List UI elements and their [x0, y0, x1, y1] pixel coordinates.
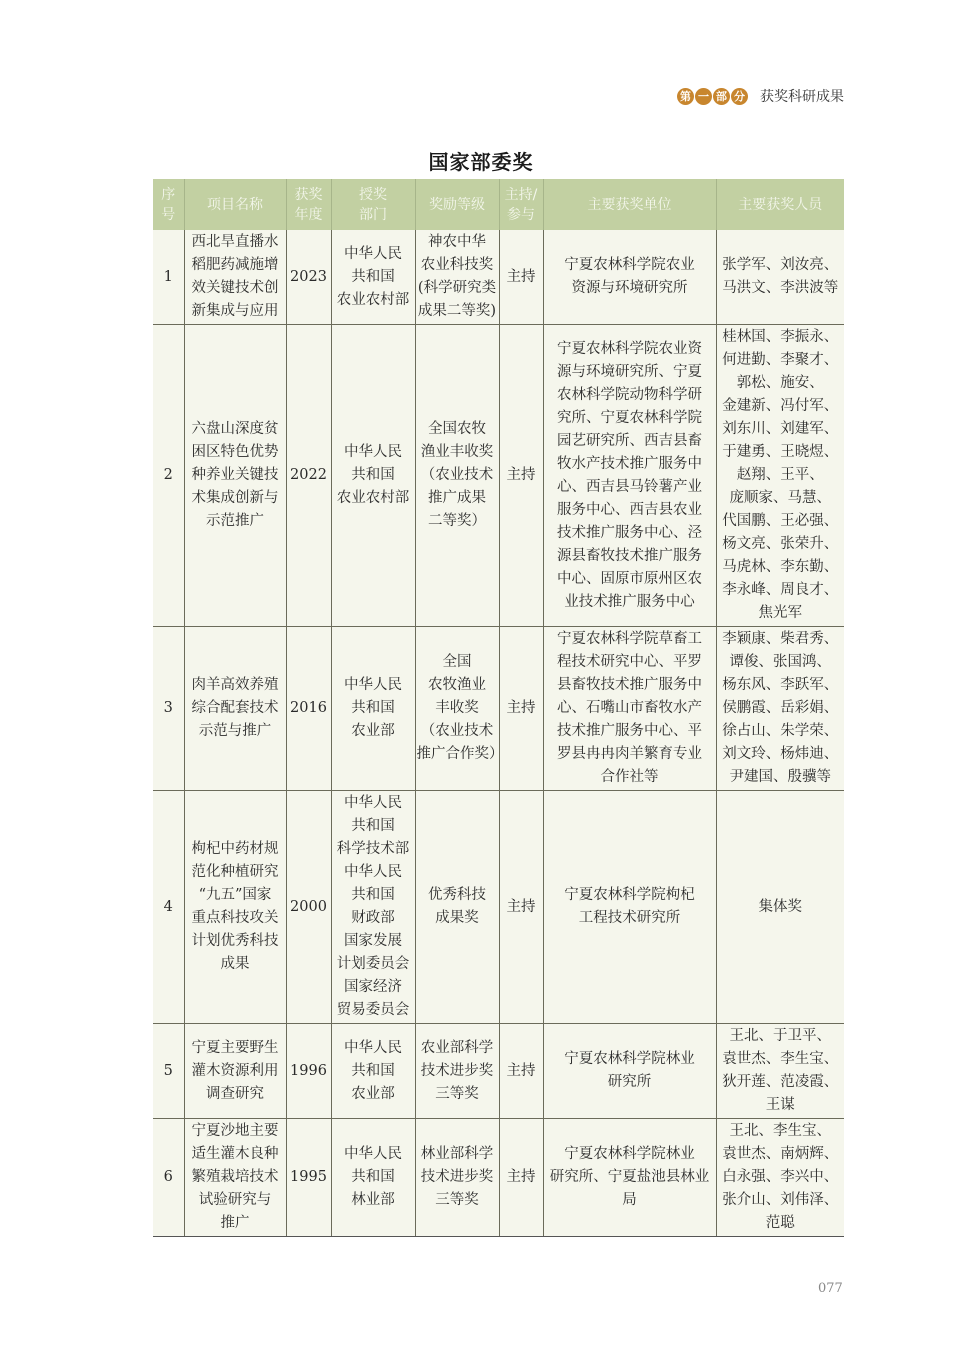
- col-header-project: 项目名称: [184, 179, 286, 230]
- cell-units: 宁夏农林科学院枸杞 工程技术研究所: [543, 791, 716, 1024]
- cell-units: 宁夏农林科学院林业 研究所、宁夏盐池县林业局: [543, 1119, 716, 1237]
- cell-people: 李颖康、柴君秀、 谭俊、张国鸿、 杨东风、李跃军、 侯鹏霞、岳彩娟、 徐占山、朱…: [716, 627, 844, 791]
- cell-project: 肉羊高效养殖 综合配套技术 示范与推广: [184, 627, 286, 791]
- col-header-level: 奖励等级: [415, 179, 499, 230]
- table-row: 6宁夏沙地主要 适生灌木良种 繁殖栽培技术 试验研究与 推广1995中华人民 共…: [153, 1119, 844, 1237]
- cell-project: 宁夏主要野生 灌木资源利用 调查研究: [184, 1024, 286, 1119]
- part-badge-char: 部: [713, 88, 730, 105]
- cell-year: 2000: [286, 791, 331, 1024]
- col-header-units: 主要获奖单位: [543, 179, 716, 230]
- cell-level: 林业部科学 技术进步奖 三等奖: [415, 1119, 499, 1237]
- cell-department: 中华人民 共和国 农业农村部: [331, 230, 415, 325]
- cell-role: 主持: [499, 1119, 543, 1237]
- cell-department: 中华人民 共和国 科学技术部 中华人民 共和国 财政部 国家发展 计划委员会 国…: [331, 791, 415, 1024]
- col-header-year: 获奖 年度: [286, 179, 331, 230]
- cell-role: 主持: [499, 325, 543, 627]
- col-header-department: 授奖 部门: [331, 179, 415, 230]
- cell-people: 张学军、刘汝亮、 马洪文、李洪波等: [716, 230, 844, 325]
- cell-units: 宁夏农林科学院草畜工 程技术研究中心、平罗 县畜牧技术推广服务中 心、石嘴山市畜…: [543, 627, 716, 791]
- table-row: 2六盘山深度贫 困区特色优势 种养业关键技 术集成创新与 示范推广2022中华人…: [153, 325, 844, 627]
- part-badge-char: 第: [677, 88, 694, 105]
- cell-role: 主持: [499, 791, 543, 1024]
- cell-year: 2023: [286, 230, 331, 325]
- cell-no: 3: [153, 627, 184, 791]
- cell-no: 5: [153, 1024, 184, 1119]
- cell-level: 农业部科学 技术进步奖 三等奖: [415, 1024, 499, 1119]
- cell-units: 宁夏农林科学院林业 研究所: [543, 1024, 716, 1119]
- cell-people: 集体奖: [716, 791, 844, 1024]
- table-row: 1西北旱直播水 稻肥药减施增 效关键技术创 新集成与应用2023中华人民 共和国…: [153, 230, 844, 325]
- cell-role: 主持: [499, 230, 543, 325]
- table-header-row: 序 号 项目名称 获奖 年度 授奖 部门 奖励等级 主持/ 参与 主要获奖单位 …: [153, 179, 844, 230]
- cell-no: 2: [153, 325, 184, 627]
- cell-level: 全国 农牧渔业 丰收奖 （农业技术 推广合作奖）: [415, 627, 499, 791]
- cell-people: 王北、于卫平、 袁世杰、李生宝、 狄开莲、范凌霞、 王谋: [716, 1024, 844, 1119]
- cell-department: 中华人民 共和国 林业部: [331, 1119, 415, 1237]
- page-title: 国家部委奖: [0, 146, 962, 175]
- cell-project: 枸杞中药材规 范化种植研究 “九五”国家 重点科技攻关 计划优秀科技 成果: [184, 791, 286, 1024]
- cell-level: 全国农牧 渔业丰收奖 （农业技术 推广成果 二等奖）: [415, 325, 499, 627]
- cell-year: 1996: [286, 1024, 331, 1119]
- cell-units: 宁夏农林科学院农业 资源与环境研究所: [543, 230, 716, 325]
- col-header-people: 主要获奖人员: [716, 179, 844, 230]
- cell-units: 宁夏农林科学院农业资 源与环境研究所、宁夏 农林科学院动物科学研 究所、宁夏农林…: [543, 325, 716, 627]
- cell-department: 中华人民 共和国 农业部: [331, 627, 415, 791]
- table-row: 5宁夏主要野生 灌木资源利用 调查研究1996中华人民 共和国 农业部农业部科学…: [153, 1024, 844, 1119]
- cell-department: 中华人民 共和国 农业农村部: [331, 325, 415, 627]
- cell-people: 桂林国、李振永、 何进勤、李聚才、 郭松、施安、 金建新、冯付军、 刘东川、刘建…: [716, 325, 844, 627]
- cell-project: 六盘山深度贫 困区特色优势 种养业关键技 术集成创新与 示范推广: [184, 325, 286, 627]
- part-badge-char: 分: [731, 88, 748, 105]
- section-name: 获奖科研成果: [760, 86, 844, 106]
- table-row: 3肉羊高效养殖 综合配套技术 示范与推广2016中华人民 共和国 农业部全国 农…: [153, 627, 844, 791]
- cell-role: 主持: [499, 627, 543, 791]
- cell-no: 1: [153, 230, 184, 325]
- page-number: 077: [818, 1281, 843, 1296]
- part-badge: 第 一 部 分: [677, 88, 748, 105]
- col-header-role: 主持/ 参与: [499, 179, 543, 230]
- cell-project: 西北旱直播水 稻肥药减施增 效关键技术创 新集成与应用: [184, 230, 286, 325]
- cell-year: 2022: [286, 325, 331, 627]
- running-head: 第 一 部 分 获奖科研成果: [677, 86, 844, 106]
- table-row: 4枸杞中药材规 范化种植研究 “九五”国家 重点科技攻关 计划优秀科技 成果20…: [153, 791, 844, 1024]
- cell-role: 主持: [499, 1024, 543, 1119]
- cell-level: 优秀科技 成果奖: [415, 791, 499, 1024]
- cell-no: 6: [153, 1119, 184, 1237]
- cell-year: 2016: [286, 627, 331, 791]
- cell-department: 中华人民 共和国 农业部: [331, 1024, 415, 1119]
- cell-project: 宁夏沙地主要 适生灌木良种 繁殖栽培技术 试验研究与 推广: [184, 1119, 286, 1237]
- cell-year: 1995: [286, 1119, 331, 1237]
- cell-level: 神农中华 农业科技奖 (科学研究类 成果二等奖): [415, 230, 499, 325]
- awards-table: 序 号 项目名称 获奖 年度 授奖 部门 奖励等级 主持/ 参与 主要获奖单位 …: [153, 179, 844, 1237]
- cell-people: 王北、李生宝、 袁世杰、南炳辉、 白永强、李兴中、 张介山、刘伟泽、 范聪: [716, 1119, 844, 1237]
- cell-no: 4: [153, 791, 184, 1024]
- col-header-no: 序 号: [153, 179, 184, 230]
- part-badge-char: 一: [695, 88, 712, 105]
